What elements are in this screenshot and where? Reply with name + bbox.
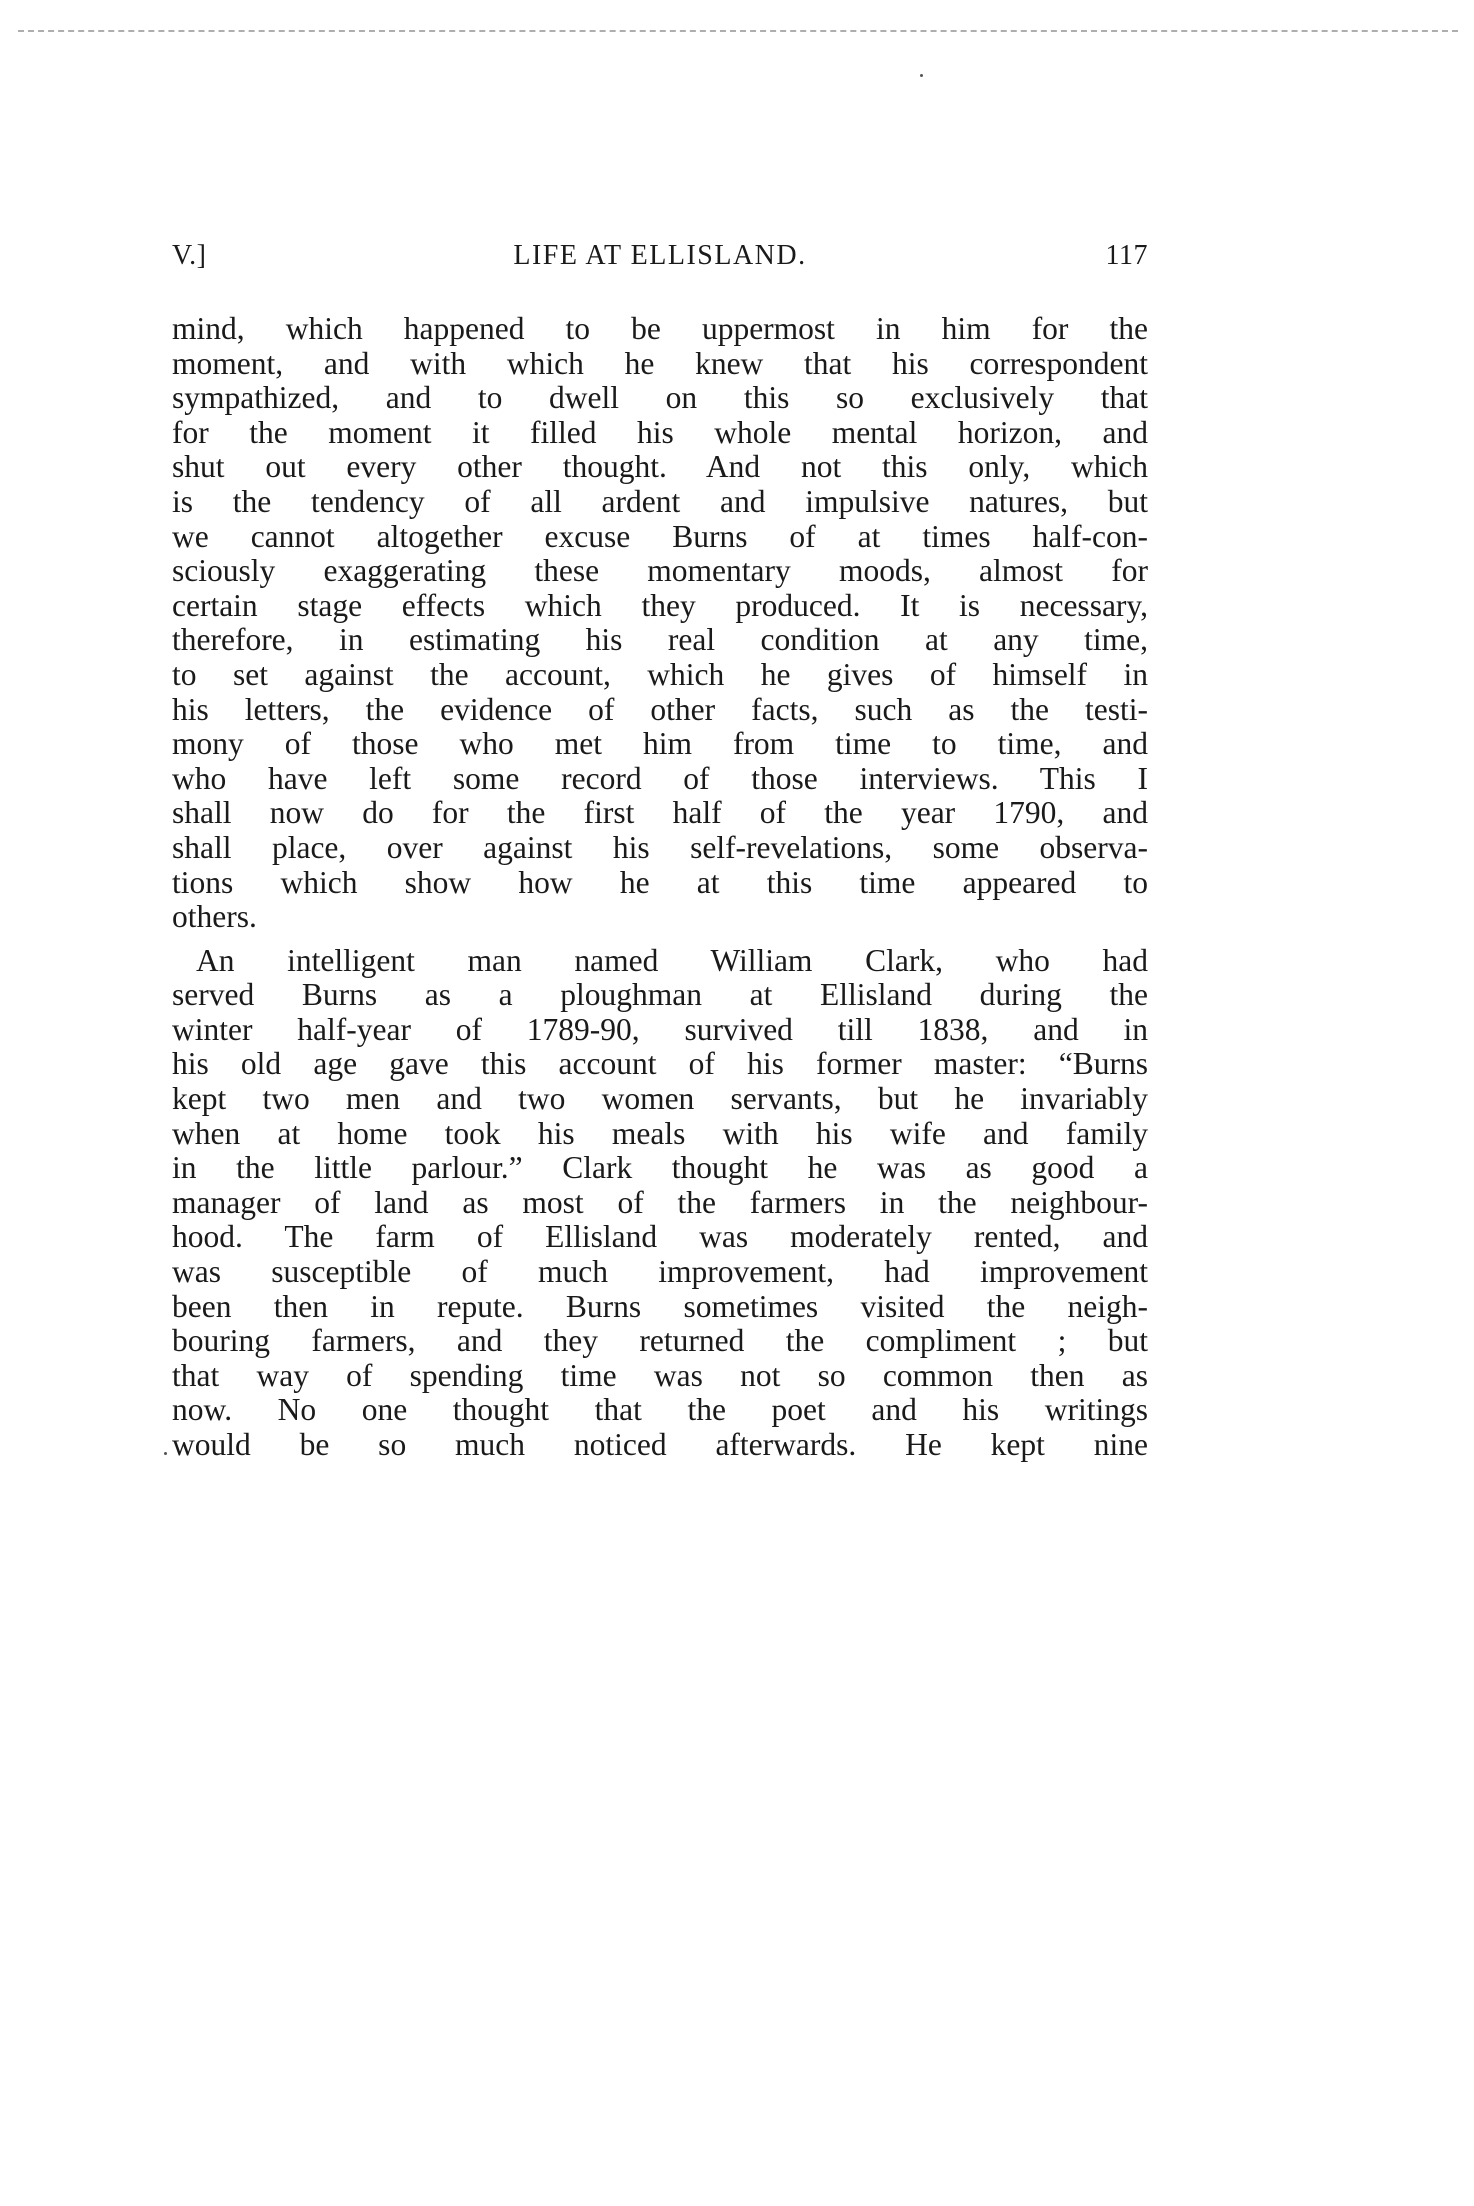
text-line: mony of those who met him from time to t… <box>172 727 1148 762</box>
text-line: sciously exaggerating these momentary mo… <box>172 554 1148 589</box>
text-line: in the little parlour.” Clark thought he… <box>172 1151 1148 1186</box>
text-line: to set against the account, which he giv… <box>172 658 1148 693</box>
text-line: been then in repute. Burns sometimes vis… <box>172 1290 1148 1325</box>
scan-speck <box>164 1452 167 1455</box>
paragraph-2: An intelligent man named William Clark, … <box>172 944 1148 1463</box>
text-line: now. No one thought that the poet and hi… <box>172 1393 1148 1428</box>
page-body: mind, which happened to be uppermost in … <box>172 312 1148 1463</box>
text-line: manager of land as most of the farmers i… <box>172 1186 1148 1221</box>
text-line: others. <box>172 900 1148 935</box>
text-line: winter half-year of 1789-90, survived ti… <box>172 1013 1148 1048</box>
text-line: hood. The farm of Ellisland was moderate… <box>172 1220 1148 1255</box>
text-line: An intelligent man named William Clark, … <box>172 944 1148 979</box>
text-line: shall now do for the first half of the y… <box>172 796 1148 831</box>
text-line: his letters, the evidence of other facts… <box>172 693 1148 728</box>
text-line: certain stage effects which they produce… <box>172 589 1148 624</box>
text-line: tions which show how he at this time app… <box>172 866 1148 901</box>
text-line: would be so much noticed afterwards. He … <box>172 1428 1148 1463</box>
text-line: kept two men and two women servants, but… <box>172 1082 1148 1117</box>
text-line: served Burns as a ploughman at Ellisland… <box>172 978 1148 1013</box>
text-line: who have left some record of those inter… <box>172 762 1148 797</box>
text-line: mind, which happened to be uppermost in … <box>172 312 1148 347</box>
text-line: for the moment it filled his whole menta… <box>172 416 1148 451</box>
text-line: his old age gave this account of his for… <box>172 1047 1148 1082</box>
text-line: bouring farmers, and they returned the c… <box>172 1324 1148 1359</box>
text-line: sympathized, and to dwell on this so exc… <box>172 381 1148 416</box>
text-line: therefore, in estimating his real condit… <box>172 623 1148 658</box>
paragraph-1: mind, which happened to be uppermost in … <box>172 312 1148 935</box>
text-line: shut out every other thought. And not th… <box>172 450 1148 485</box>
page-number: 117 <box>1106 240 1148 272</box>
text-line: is the tendency of all ardent and impuls… <box>172 485 1148 520</box>
running-title: LIFE AT ELLISLAND. <box>172 240 1148 272</box>
scan-speck <box>920 74 923 77</box>
text-line: moment, and with which he knew that his … <box>172 347 1148 382</box>
text-line: when at home took his meals with his wif… <box>172 1117 1148 1152</box>
text-line: that way of spending time was not so com… <box>172 1359 1148 1394</box>
text-line: shall place, over against his self-revel… <box>172 831 1148 866</box>
text-line: we cannot altogether excuse Burns of at … <box>172 520 1148 555</box>
scan-edge-rule <box>18 30 1458 32</box>
running-header: V.] LIFE AT ELLISLAND. 117 <box>172 240 1148 280</box>
text-line: was susceptible of much improvement, had… <box>172 1255 1148 1290</box>
